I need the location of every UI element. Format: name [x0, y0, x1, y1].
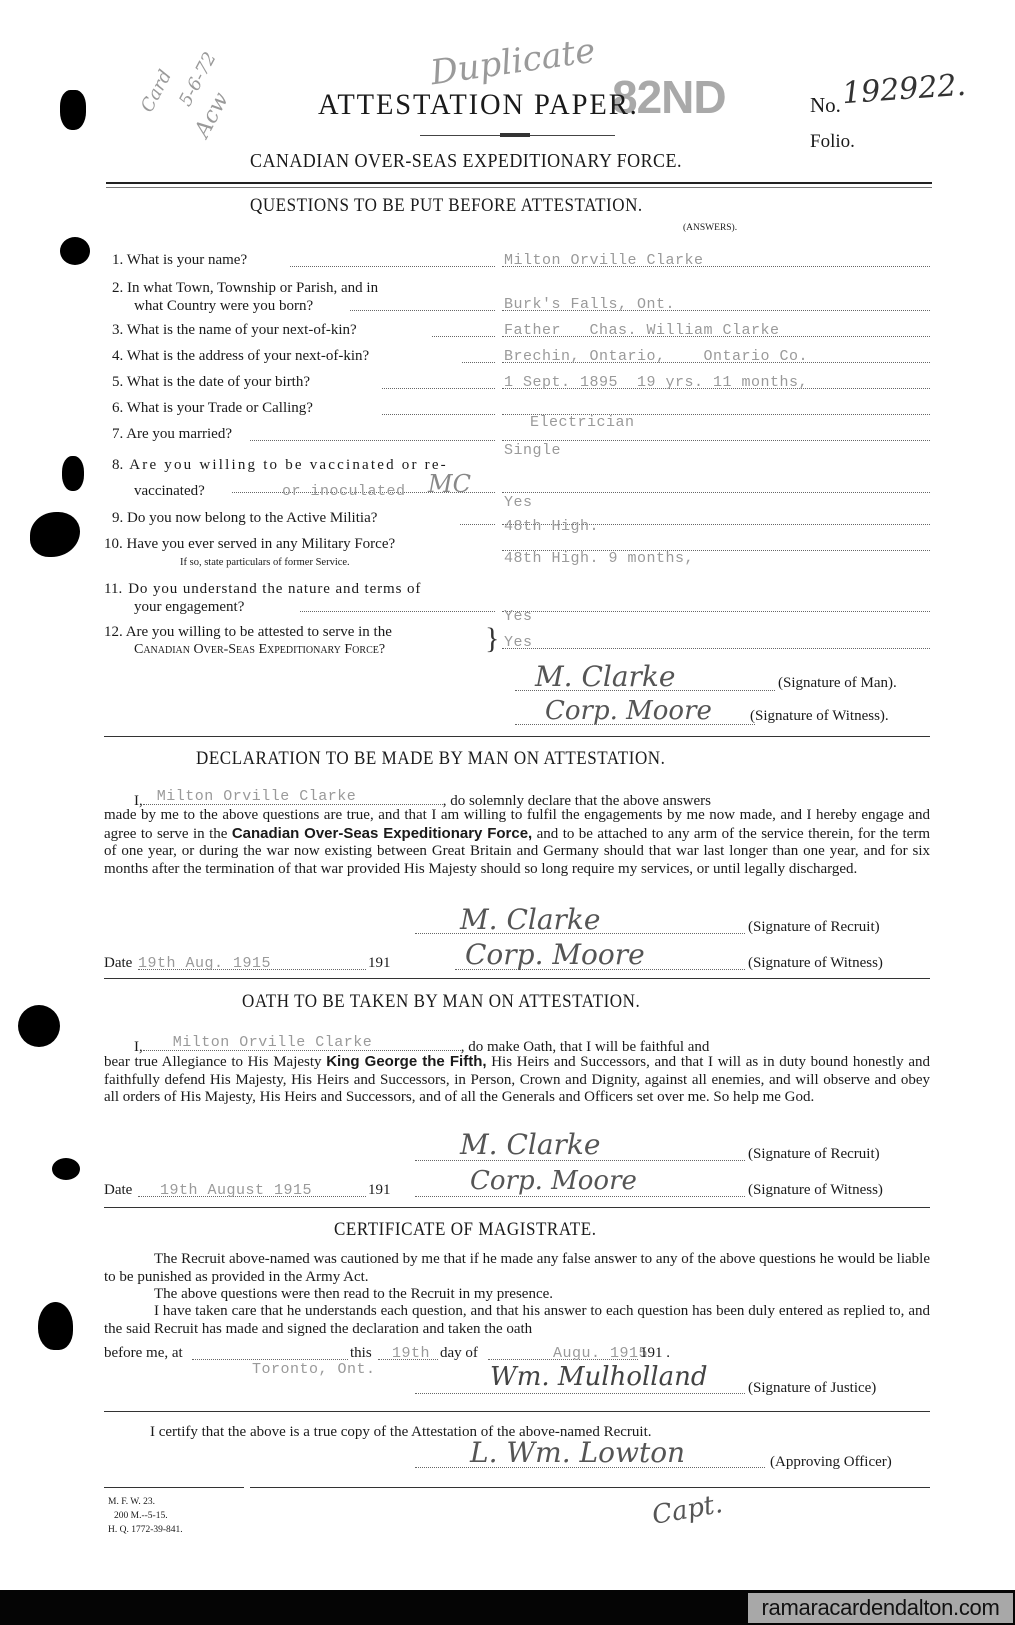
- attestation-number: 192922.: [841, 68, 967, 112]
- declaration-date: 19th Aug. 1915: [138, 955, 271, 972]
- question-10: 10. Have you ever served in any Military…: [104, 536, 395, 553]
- answer-12: Yes: [504, 634, 533, 651]
- answer-2: Burk's Falls, Ont.: [504, 296, 675, 313]
- header-divider: [106, 182, 932, 184]
- answer-3: Father Chas. William Clarke: [504, 322, 780, 339]
- inoculated-note: or inoculated: [282, 483, 406, 500]
- magistrate-day: 19th: [392, 1345, 430, 1362]
- question-6: 6. What is your Trade or Calling?: [112, 400, 313, 417]
- oath-year-prefix: 191: [368, 1182, 391, 1199]
- question-3-leader: [432, 336, 495, 337]
- form-line-3: H. Q. 1772-39-841.: [108, 1523, 183, 1537]
- day-of-label: day of: [440, 1345, 478, 1362]
- declaration-date-label: Date: [104, 955, 132, 972]
- question-11-leader: [300, 611, 495, 612]
- question-5: 5. What is the date of your birth?: [112, 374, 310, 391]
- answer-4: Brechin, Ontario, Ontario Co.: [504, 348, 808, 365]
- header-divider-thin: [106, 187, 932, 188]
- punch-hole-blot: [52, 1158, 80, 1180]
- form-number-block: M. F. W. 23. 200 M.--5-15. H. Q. 1772-39…: [108, 1495, 183, 1537]
- question-1-leader: [290, 266, 495, 267]
- oath-signature-recruit: M. Clarke: [460, 1128, 600, 1161]
- questions-divider: [104, 736, 930, 737]
- footer-divider-right: [250, 1487, 930, 1488]
- declaration-heading: DECLARATION TO BE MADE BY MAN ON ATTESTA…: [196, 749, 665, 770]
- punch-hole-blot: [30, 512, 80, 557]
- question-7: 7. Are you married?: [112, 426, 232, 443]
- signature-officer-label: (Approving Officer): [770, 1454, 892, 1471]
- handwritten-duplicate: Duplicate: [428, 31, 598, 94]
- answer-6: Electrician: [530, 414, 635, 431]
- oath-body: bear true Allegiance to His Majesty King…: [104, 1053, 930, 1107]
- signature-man-label: (Signature of Man).: [778, 675, 897, 692]
- oath-divider: [104, 1207, 930, 1208]
- punch-hole-blot: [38, 1302, 73, 1350]
- site-watermark: ramaracardendalton.com: [748, 1593, 1013, 1623]
- questions-heading: QUESTIONS TO BE PUT BEFORE ATTESTATION.: [250, 196, 643, 217]
- magistrate-month-year: Augu. 1915: [553, 1345, 648, 1362]
- answer-8: Yes: [504, 494, 533, 511]
- answer-1: Milton Orville Clarke: [504, 252, 704, 269]
- oath-date: 19th August 1915: [160, 1182, 312, 1199]
- number-label: No.: [810, 93, 841, 118]
- force-subtitle: CANADIAN OVER-SEAS EXPEDITIONARY FORCE.: [250, 150, 682, 173]
- question-2-leader: [350, 310, 495, 311]
- magistrate-para-3: I have taken care that he understands ea…: [104, 1303, 930, 1338]
- magistrate-heading: CERTIFICATE OF MAGISTRATE.: [334, 1220, 597, 1241]
- question-4: 4. What is the address of your next-of-k…: [112, 348, 369, 365]
- punch-hole-blot: [60, 237, 90, 265]
- declaration-recruit-label: (Signature of Recruit): [748, 919, 880, 936]
- answer-11: Yes: [504, 608, 533, 625]
- oath-witness-label: (Signature of Witness): [748, 1182, 883, 1199]
- answers-label: (ANSWERS).: [683, 223, 737, 233]
- magistrate-para-2: The above questions were then read to th…: [104, 1286, 930, 1304]
- question-7-leader: [250, 440, 495, 441]
- signature-officer: L. Wm. Lowton: [470, 1436, 685, 1469]
- page-title: ATTESTATION PAPER.: [318, 88, 639, 122]
- signature-witness-label: (Signature of Witness).: [750, 708, 889, 725]
- question-3: 3. What is the name of your next-of-kin?: [112, 322, 357, 339]
- magistrate-place: Toronto, Ont.: [252, 1361, 376, 1378]
- footer-divider-left: [104, 1487, 244, 1488]
- inoculated-initials: MC: [428, 470, 471, 498]
- title-ornament-center: [500, 133, 530, 137]
- question-4-leader: [462, 362, 495, 363]
- folio-label: Folio.: [810, 131, 855, 153]
- signature-justice: Wm. Mulholland: [490, 1362, 708, 1392]
- before-me-label: before me, at: [104, 1345, 183, 1362]
- form-line-1: M. F. W. 23.: [108, 1495, 183, 1509]
- answer-5: 1 Sept. 1895 19 yrs. 11 months,: [504, 374, 808, 391]
- punch-hole-blot: [18, 1005, 60, 1047]
- declaration-body: made by me to the above questions are tr…: [104, 807, 930, 878]
- declaration-signature-recruit: M. Clarke: [460, 903, 600, 936]
- answer-7-line: [502, 440, 930, 441]
- answer-7: Single: [504, 442, 561, 459]
- question-5-leader: [382, 388, 495, 389]
- place-line: [192, 1359, 348, 1360]
- margin-note-card: Card: [137, 67, 176, 116]
- declaration-divider: [104, 978, 930, 979]
- answer-8-line: [502, 492, 930, 493]
- punch-hole-blot: [62, 456, 84, 491]
- signature-justice-label: (Signature of Justice): [748, 1380, 876, 1397]
- declaration-year-prefix: 191: [368, 955, 391, 972]
- form-line-2: 200 M.--5-15.: [108, 1509, 183, 1523]
- declaration-witness-label: (Signature of Witness): [748, 955, 883, 972]
- oath-recruit-label: (Signature of Recruit): [748, 1146, 880, 1163]
- justice-signature-line: [415, 1393, 745, 1394]
- question-9-leader: [460, 524, 495, 525]
- oath-date-label: Date: [104, 1182, 132, 1199]
- oath-witness-line: [415, 1196, 745, 1197]
- magistrate-para-1: The Recruit above-named was cautioned by…: [104, 1251, 930, 1286]
- question-12-brace: }: [485, 624, 499, 654]
- magistrate-year-prefix: 191 .: [640, 1345, 670, 1362]
- punch-hole-blot: [60, 90, 86, 130]
- signature-man: M. Clarke: [535, 660, 675, 693]
- officer-rank: Capt.: [650, 1489, 725, 1531]
- answer-11-line: [502, 611, 930, 612]
- oath-signature-witness: Corp. Moore: [470, 1166, 637, 1196]
- signature-witness: Corp. Moore: [545, 696, 712, 726]
- answer-9: 48th High.: [504, 518, 599, 535]
- magistrate-divider: [104, 1411, 930, 1412]
- oath-heading: OATH TO BE TAKEN BY MAN ON ATTESTATION.: [242, 992, 640, 1013]
- question-12: 12. Are you willing to be attested to se…: [104, 624, 392, 658]
- declaration-signature-witness: Corp. Moore: [465, 938, 645, 971]
- question-10-subnote: If so, state particulars of former Servi…: [180, 557, 350, 568]
- answer-10: 48th High. 9 months,: [504, 550, 694, 567]
- answer-12-line: [502, 648, 930, 649]
- question-9: 9. Do you now belong to the Active Milit…: [112, 510, 377, 527]
- question-6-leader: [382, 414, 495, 415]
- this-label: this: [350, 1345, 372, 1362]
